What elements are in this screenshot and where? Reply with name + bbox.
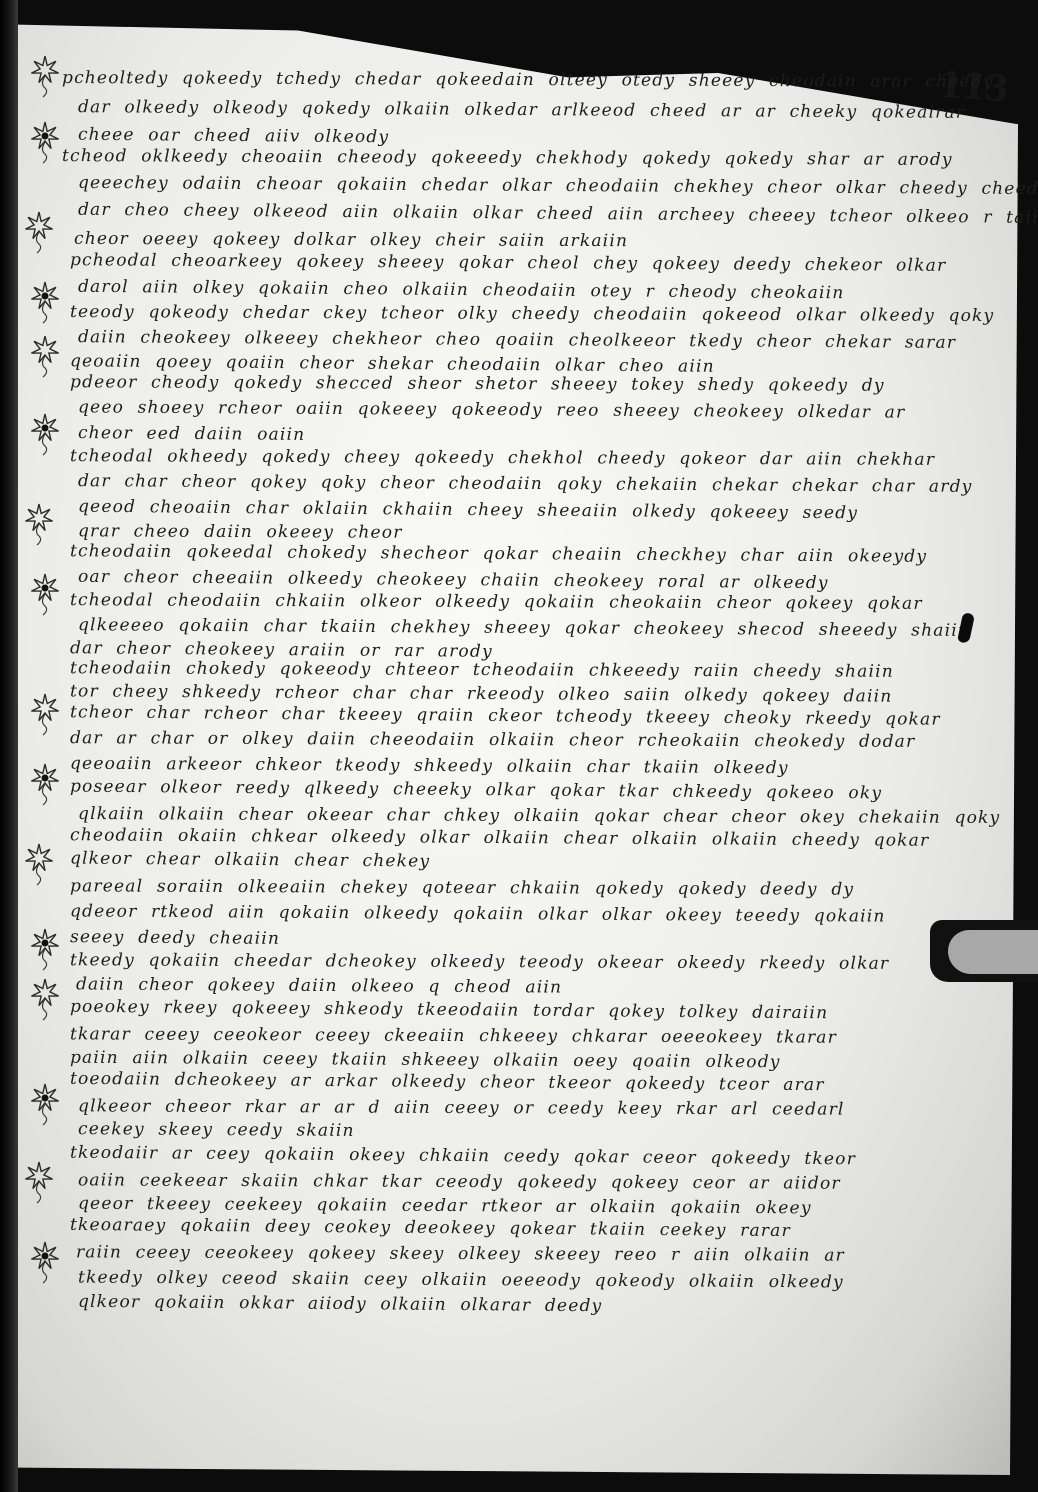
book-binding-edge <box>0 0 18 1492</box>
manuscript-line: qrar cheeo daiin okeeey cheor <box>78 521 403 542</box>
manuscript-line: cheor oeeey qokeey dolkar olkey cheir sa… <box>74 229 628 251</box>
star-icon <box>28 412 62 456</box>
manuscript-line: tcheod oklkeedy cheoaiin cheeody qokeeed… <box>62 146 953 170</box>
star-icon <box>28 120 62 164</box>
manuscript-line: teeody qokeody chedar ckey tcheor olky c… <box>70 302 994 326</box>
manuscript-line: seeey deedy cheaiin <box>70 927 280 949</box>
manuscript-line: cheee oar cheed aiiv olkeody <box>78 125 389 148</box>
manuscript-line: oaiin ceekeear skaiin chkar tkar ceeody … <box>78 1170 841 1193</box>
manuscript-line: dar ar char or olkey daiin cheeodaiin ol… <box>70 728 915 752</box>
manuscript-line: pcheoltedy qokeedy tchedy chedar qokeeda… <box>62 68 994 92</box>
star-icon <box>22 1160 56 1204</box>
manuscript-line: tkarar ceeey ceeokeor ceeey ckeeaiin chk… <box>70 1024 837 1047</box>
star-icon <box>28 572 62 616</box>
star-icon <box>28 692 62 736</box>
star-icon <box>28 54 62 98</box>
star-icon <box>28 1082 62 1126</box>
star-icon <box>28 280 62 324</box>
manuscript-line: tcheodal cheodaiin chkaiin olkeor olkeed… <box>70 590 923 614</box>
star-icon <box>28 1240 62 1284</box>
page-weight-clip <box>930 920 1038 982</box>
star-icon <box>22 210 56 254</box>
star-icon <box>28 977 62 1021</box>
manuscript-line: raiin ceeey ceeokeey qokeey skeey olkeey… <box>76 1242 845 1265</box>
page-weight-clip-face <box>948 930 1038 974</box>
manuscript-line: pdeeor cheody qokedy shecced sheor sheto… <box>70 372 885 396</box>
manuscript-line: tcheodaiin chokedy qokeeody chteeor tche… <box>70 658 894 682</box>
manuscript-line: cheor eed daiin oaiin <box>78 423 306 445</box>
manuscript-line: ceekey skeey ceedy skaiin <box>78 1119 355 1141</box>
star-icon <box>22 502 56 546</box>
manuscript-line: qlkaiin olkaiin chear okeear char chkey … <box>78 804 1000 828</box>
star-icon <box>22 842 56 886</box>
star-icon <box>28 762 62 806</box>
manuscript-line: qlkeor chear olkaiin chear chekey <box>70 848 430 871</box>
manuscript-line: pareeal soraiin olkeeaiin chekey qoteear… <box>70 876 854 899</box>
star-icon <box>28 334 62 378</box>
star-icon <box>28 927 62 971</box>
manuscript-line: tcheodal okheedy qokedy cheey qokeedy ch… <box>70 446 935 470</box>
manuscript-line: tkeedy qokaiin cheedar dcheokey olkeedy … <box>70 950 889 974</box>
manuscript-line: qlkeeor cheeor rkar ar ar d aiin ceeey o… <box>78 1096 845 1119</box>
manuscript-line: daiin cheor qokeey daiin olkeeo q cheod … <box>76 974 562 997</box>
